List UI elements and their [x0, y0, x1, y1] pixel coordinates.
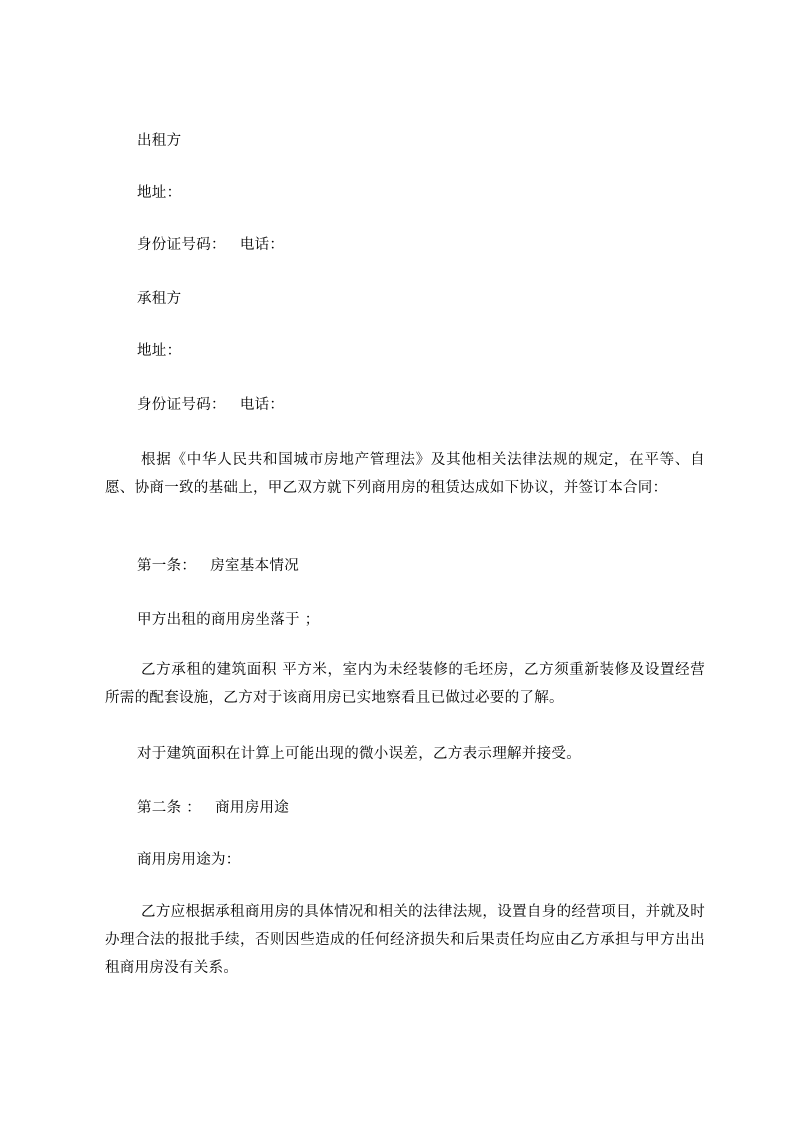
lessee-address-label: 地址： — [137, 341, 181, 361]
article1-location: 甲方出租的商用房坐落于 ； — [137, 610, 320, 630]
article1-title: 房室基本情况 — [210, 558, 299, 574]
article1-heading: 第一条：房室基本情况 — [137, 556, 299, 576]
lessor-title: 出租方 — [137, 131, 181, 151]
lessor-address-label: 地址： — [137, 183, 181, 203]
lessee-id-label: 身份证号码： — [137, 397, 226, 413]
lessor-phone-label: 电话： — [240, 237, 284, 253]
lessee-phone-label: 电话： — [240, 397, 284, 413]
lessee-id-phone-row: 身份证号码：电话： — [137, 395, 284, 415]
article1-number: 第一条： — [137, 558, 196, 574]
document-page: 出租方 地址： 身份证号码：电话： 承租方 地址： 身份证号码：电话： 根据《中… — [0, 0, 793, 1122]
lessor-id-label: 身份证号码： — [137, 237, 226, 253]
article2-number: 第二条 ： — [137, 800, 201, 816]
article1-area-paragraph: 乙方承租的建筑面积 平方米，室内为未经装修的毛坯房，乙方须重新装修及设置经营所需… — [105, 656, 705, 712]
article1-error-clause: 对于建筑面积在计算上可能出现的微小误差，乙方表示理解并接受。 — [137, 744, 581, 764]
lessor-id-phone-row: 身份证号码：电话： — [137, 235, 284, 255]
article2-obligation-paragraph: 乙方应根据承租商用房的具体情况和相关的法律法规，设置自身的经营项目，并就及时办理… — [105, 898, 705, 982]
article2-title: 商用房用途 — [215, 800, 289, 816]
article2-heading: 第二条 ：商用房用途 — [137, 798, 289, 818]
article2-usage-label: 商用房用途为： — [137, 850, 241, 870]
lessee-title: 承租方 — [137, 289, 181, 309]
preamble-paragraph: 根据《中华人民共和国城市房地产管理法》及其他相关法律法规的规定，在平等、自愿、协… — [105, 446, 705, 502]
